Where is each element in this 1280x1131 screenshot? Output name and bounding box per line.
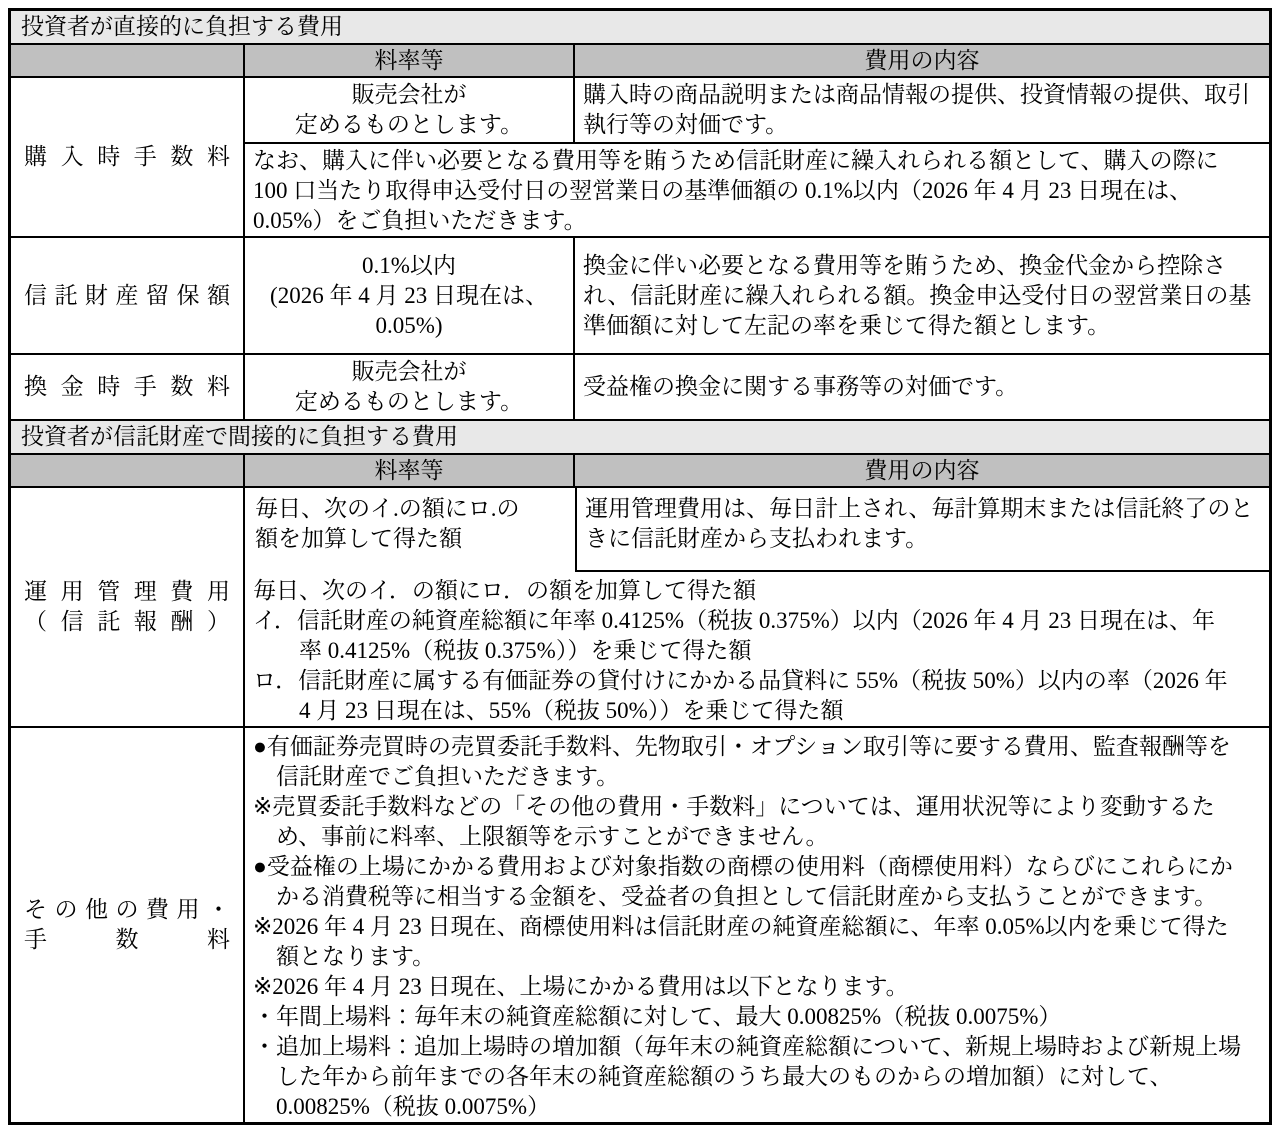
management-fee-detail: 毎日、次のイ．の額にロ．の額を加算して得た額 イ．信託財産の純資産総額に年率 0… (245, 572, 1269, 726)
other-fees-label-cell: その他の費用・ 手数料 (11, 728, 245, 1122)
redemption-fee-rate: 販売会社が 定めるものとします。 (245, 355, 575, 419)
column-header-blank-2 (11, 455, 245, 486)
column-header-desc-2: 費用の内容 (575, 455, 1269, 486)
row-other-fees: その他の費用・ 手数料 ●有価証券売買時の売買委託手数料、先物取引・オプション取… (11, 726, 1269, 1122)
other-fees-detail: ●有価証券売買時の売買委託手数料、先物取引・オプション取引等に要する費用、監査報… (245, 728, 1269, 1122)
management-fee-rate: 毎日、次のイ.の額にロ.の 額を加算して得た額 (245, 488, 575, 572)
column-header-desc: 費用の内容 (575, 45, 1269, 76)
column-header-rate-2: 料率等 (245, 455, 575, 486)
management-fee-desc: 運用管理費用は、毎日計上され、毎計算期末または信託終了のときに信託財産から支払わ… (575, 488, 1269, 572)
redemption-fee-desc: 受益権の換金に関する事務等の対価です。 (575, 355, 1269, 419)
purchase-fee-rate: 販売会社が 定めるものとします。 (245, 78, 575, 142)
other-fees-label: その他の費用・ 手数料 (24, 895, 230, 955)
retention-amount-desc: 換金に伴い必要となる費用等を賄うため、換金代金から控除され、信託財産に繰入れられ… (575, 238, 1269, 353)
purchase-fee-label: 購入時手数料 (24, 142, 230, 172)
section-indirect-title: 投資者が信託財産で間接的に負担する費用 (21, 424, 458, 449)
column-header-row-indirect: 料率等 費用の内容 (11, 453, 1269, 486)
row-retention-amount: 信託財産留保額 0.1%以内 (2026 年 4 月 23 日現在は、 0.05… (11, 236, 1269, 353)
retention-amount-label-cell: 信託財産留保額 (11, 238, 245, 353)
section-direct-title: 投資者が直接的に負担する費用 (21, 14, 343, 39)
purchase-fee-note: なお、購入に伴い必要となる費用等を賄うため信託財産に繰入れられる額として、購入の… (245, 142, 1269, 236)
purchase-fee-content: 販売会社が 定めるものとします。 購入時の商品説明または商品情報の提供、投資情報… (245, 78, 1269, 236)
fee-table: 投資者が直接的に負担する費用 料率等 費用の内容 購入時手数料 販売会社が 定め… (8, 8, 1272, 1125)
row-management-fee: 運用管理費用 （信託報酬） 毎日、次のイ.の額にロ.の 額を加算して得た額 運用… (11, 486, 1269, 726)
redemption-fee-label-cell: 換金時手数料 (11, 355, 245, 419)
row-redemption-fee: 換金時手数料 販売会社が 定めるものとします。 受益権の換金に関する事務等の対価… (11, 353, 1269, 419)
purchase-fee-label-cell: 購入時手数料 (11, 78, 245, 236)
section-direct-header: 投資者が直接的に負担する費用 (11, 11, 1269, 43)
management-fee-label-cell: 運用管理費用 （信託報酬） (11, 488, 245, 726)
row-purchase-fee: 購入時手数料 販売会社が 定めるものとします。 購入時の商品説明または商品情報の… (11, 76, 1269, 236)
management-fee-label: 運用管理費用 （信託報酬） (24, 577, 230, 637)
purchase-fee-desc: 購入時の商品説明または商品情報の提供、投資情報の提供、取引執行等の対価です。 (575, 78, 1269, 142)
retention-amount-label: 信託財産留保額 (24, 281, 230, 311)
management-fee-content: 毎日、次のイ.の額にロ.の 額を加算して得た額 運用管理費用は、毎日計上され、毎… (245, 488, 1269, 726)
redemption-fee-label: 換金時手数料 (24, 372, 230, 402)
column-header-rate: 料率等 (245, 45, 575, 76)
fee-disclosure-page: 投資者が直接的に負担する費用 料率等 費用の内容 購入時手数料 販売会社が 定め… (0, 0, 1280, 1131)
retention-amount-rate: 0.1%以内 (2026 年 4 月 23 日現在は、 0.05%) (245, 238, 575, 353)
column-header-blank (11, 45, 245, 76)
column-header-row-direct: 料率等 費用の内容 (11, 43, 1269, 76)
section-indirect-header: 投資者が信託財産で間接的に負担する費用 (11, 419, 1269, 453)
